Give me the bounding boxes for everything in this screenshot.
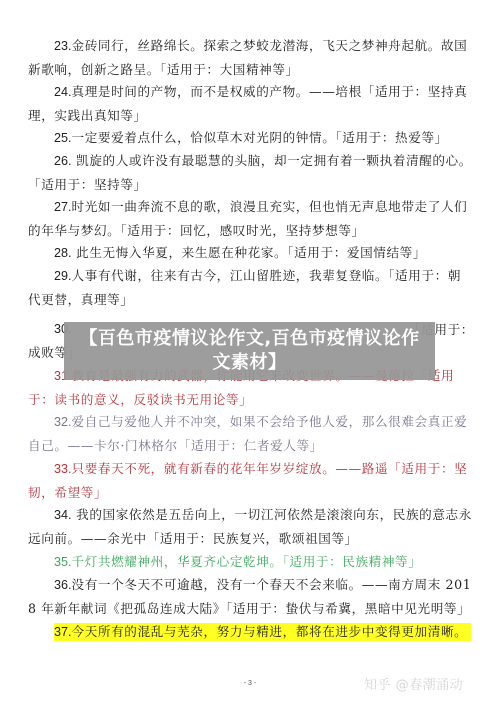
entry-text: 此生无悔入华夏，来生愿在种花家。「适用于：爱国情结等」	[72, 245, 427, 260]
entry-text: 今天所有的混乱与芜杂，努力与精进，都将在进步中变得更加清晰。	[72, 624, 468, 639]
entry-33: 33.只要春天不死，就有新春的花年年岁岁绽放。——路遥「适用于：坚韧，希望等」	[28, 457, 474, 504]
entry-27: 27.时光如一曲奔流不息的歌，浪漫且充实，但也悄无声息地带走了人们的年华与梦幻。…	[28, 195, 474, 242]
entry-text: 爱自己与爱他人并不冲突，如果不会给予他人爱，那么很难会真正爱自己。——卡尔·门林…	[28, 414, 467, 453]
entry-36: 36.没有一个冬天不可逾越，没有一个春天不会来临。——南方周末 2018 年新年…	[28, 573, 474, 620]
entry-number: 28.	[54, 246, 72, 260]
entry-number: 26.	[54, 154, 72, 168]
entry-number: 29.	[54, 269, 72, 283]
entry-text: 没有一个冬天不可逾越，没有一个春天不会来临。——南方周末 2018 年新年献词《…	[28, 577, 471, 616]
entry-32: 32.爱自己与爱他人并不冲突，如果不会给予他人爱，那么很难会真正爱自己。——卡尔…	[28, 410, 474, 457]
entry-34: 34. 我的国家依然是五岳向上，一切江河依然是滚滚向东，民族的意志永远向前。——…	[28, 503, 474, 550]
page-number: - 3 -	[232, 680, 268, 687]
watermark: 知乎 @春潮涌动	[364, 674, 463, 693]
entry-number: 23.	[54, 39, 72, 53]
entry-number: 33.	[54, 462, 72, 476]
entry-number: 36.	[54, 578, 72, 592]
entry-37: 37.今天所有的混乱与芜杂，努力与精进，都将在进步中变得更加清晰。	[28, 620, 474, 644]
entry-text: 金砖同行，丝路绵长。探索之梦蛟龙潜海，飞天之梦神舟起航。故国新歌响，创新之路呈。…	[28, 38, 467, 77]
entry-29: 29.人事有代谢，往来有古今，江山留胜迹，我辈复登临。「适用于：朝代更替，真理等…	[28, 264, 474, 311]
entry-text: 真理是时间的产物，而不是权威的产物。——培根「适用于：坚持真理，实践出真知等」	[28, 84, 467, 123]
highlighted-entry: 37.今天所有的混乱与芜杂，努力与精进，都将在进步中变得更加清晰。	[54, 623, 471, 641]
document-page: 23.金砖同行，丝路绵长。探索之梦蛟龙潜海，飞天之梦神舟起航。故国新歌响，创新之…	[0, 0, 500, 707]
entry-number: 35.	[54, 555, 72, 569]
entry-23: 23.金砖同行，丝路绵长。探索之梦蛟龙潜海，飞天之梦神舟起航。故国新歌响，创新之…	[28, 34, 474, 81]
entry-26: 26. 凯旋的人或许没有最聪慧的头脑，却一定拥有着一颗执着清醒的心。「适用于：坚…	[28, 149, 474, 196]
entry-number: 32.	[54, 415, 72, 429]
entry-text: 时光如一曲奔流不息的歌，浪漫且充实，但也悄无声息地带走了人们的年华与梦幻。「适用…	[28, 199, 467, 238]
entry-text: 一定要爱着点什么，恰似草木对光阴的钟情。「适用于：热爱等」	[72, 130, 448, 145]
overlay-title: 【百色市疫情议论作文,百色市疫情议论作文素材】	[64, 327, 435, 375]
entry-25: 25.一定要爱着点什么，恰似草木对光阴的钟情。「适用于：热爱等」	[28, 126, 474, 150]
entry-text: 只要春天不死，就有新春的花年年岁岁绽放。——路遥「适用于：坚韧，希望等」	[28, 461, 467, 500]
entry-28: 28. 此生无悔入华夏，来生愿在种花家。「适用于：爱国情结等」	[28, 241, 474, 265]
entry-number: 34.	[54, 508, 72, 522]
entry-text: 千灯共燃耀神州，华夏齐心定乾坤。「适用于：民族精神等」	[72, 554, 422, 569]
entry-24: 24.真理是时间的产物，而不是权威的产物。——培根「适用于：坚持真理，实践出真知…	[28, 80, 474, 127]
entry-number: 25.	[54, 131, 72, 145]
entry-number: 27.	[54, 200, 72, 214]
entry-text: 我的国家依然是五岳向上，一切江河依然是滚滚向东，民族的意志永远向前。——余光中「…	[28, 507, 472, 546]
entry-number: 24.	[54, 85, 72, 99]
entry-text: 人事有代谢，往来有古今，江山留胜迹，我辈复登临。「适用于：朝代更替，真理等」	[28, 268, 461, 307]
entry-text: 凯旋的人或许没有最聪慧的头脑，却一定拥有着一颗执着清醒的心。「适用于：坚持等」	[28, 153, 472, 192]
entry-35: 35.千灯共燃耀神州，华夏齐心定乾坤。「适用于：民族精神等」	[28, 550, 474, 574]
entry-number: 37.	[54, 625, 72, 639]
title-overlay-banner: 【百色市疫情议论作文,百色市疫情议论作文素材】	[64, 322, 435, 380]
